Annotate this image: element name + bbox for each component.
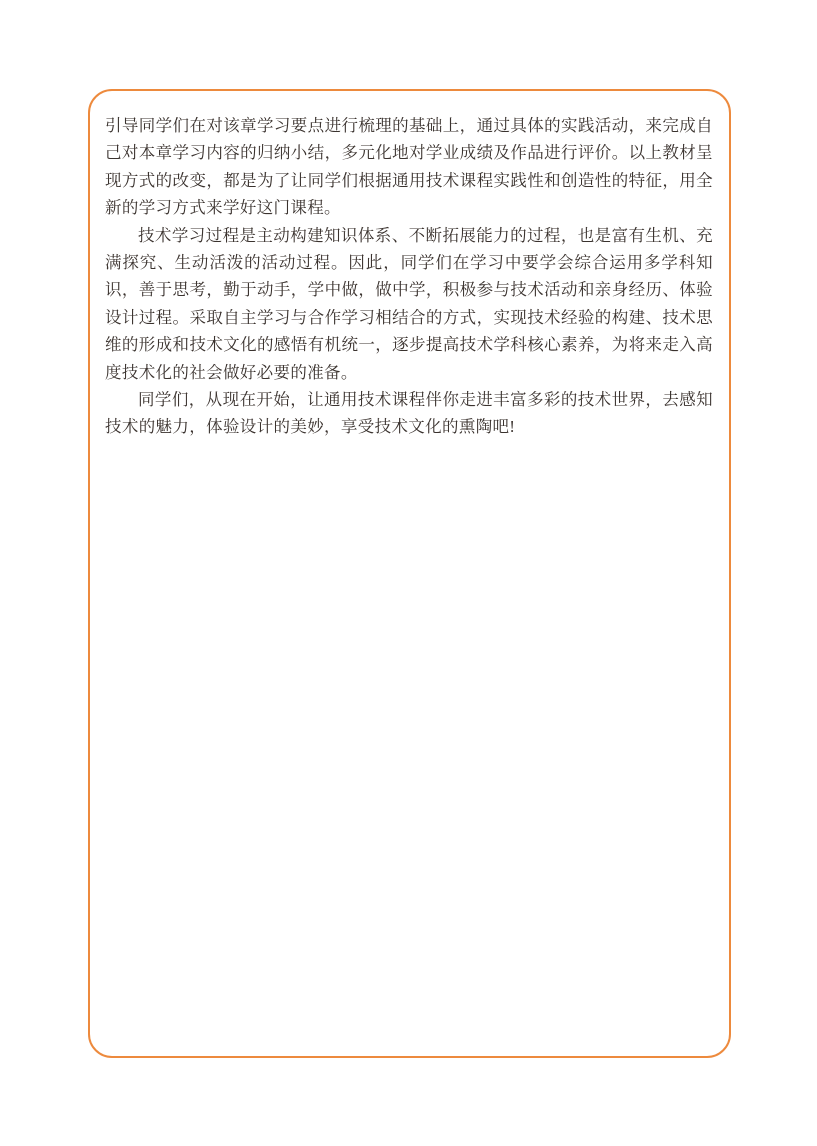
paragraph-1: 引导同学们在对该章学习要点进行梳理的基础上，通过具体的实践活动，来完成自己对本章… [105,112,713,222]
paragraph-3: 同学们，从现在开始，让通用技术课程伴你走进丰富多彩的技术世界，去感知技术的魅力，… [105,386,713,441]
paragraph-2: 技术学习过程是主动构建知识体系、不断拓展能力的过程，也是富有生机、充满探究、生动… [105,222,713,386]
article-body: 引导同学们在对该章学习要点进行梳理的基础上，通过具体的实践活动，来完成自己对本章… [90,91,729,441]
content-frame: 引导同学们在对该章学习要点进行梳理的基础上，通过具体的实践活动，来完成自己对本章… [88,89,731,1058]
page: 引导同学们在对该章学习要点进行梳理的基础上，通过具体的实践活动，来完成自己对本章… [0,0,817,1146]
